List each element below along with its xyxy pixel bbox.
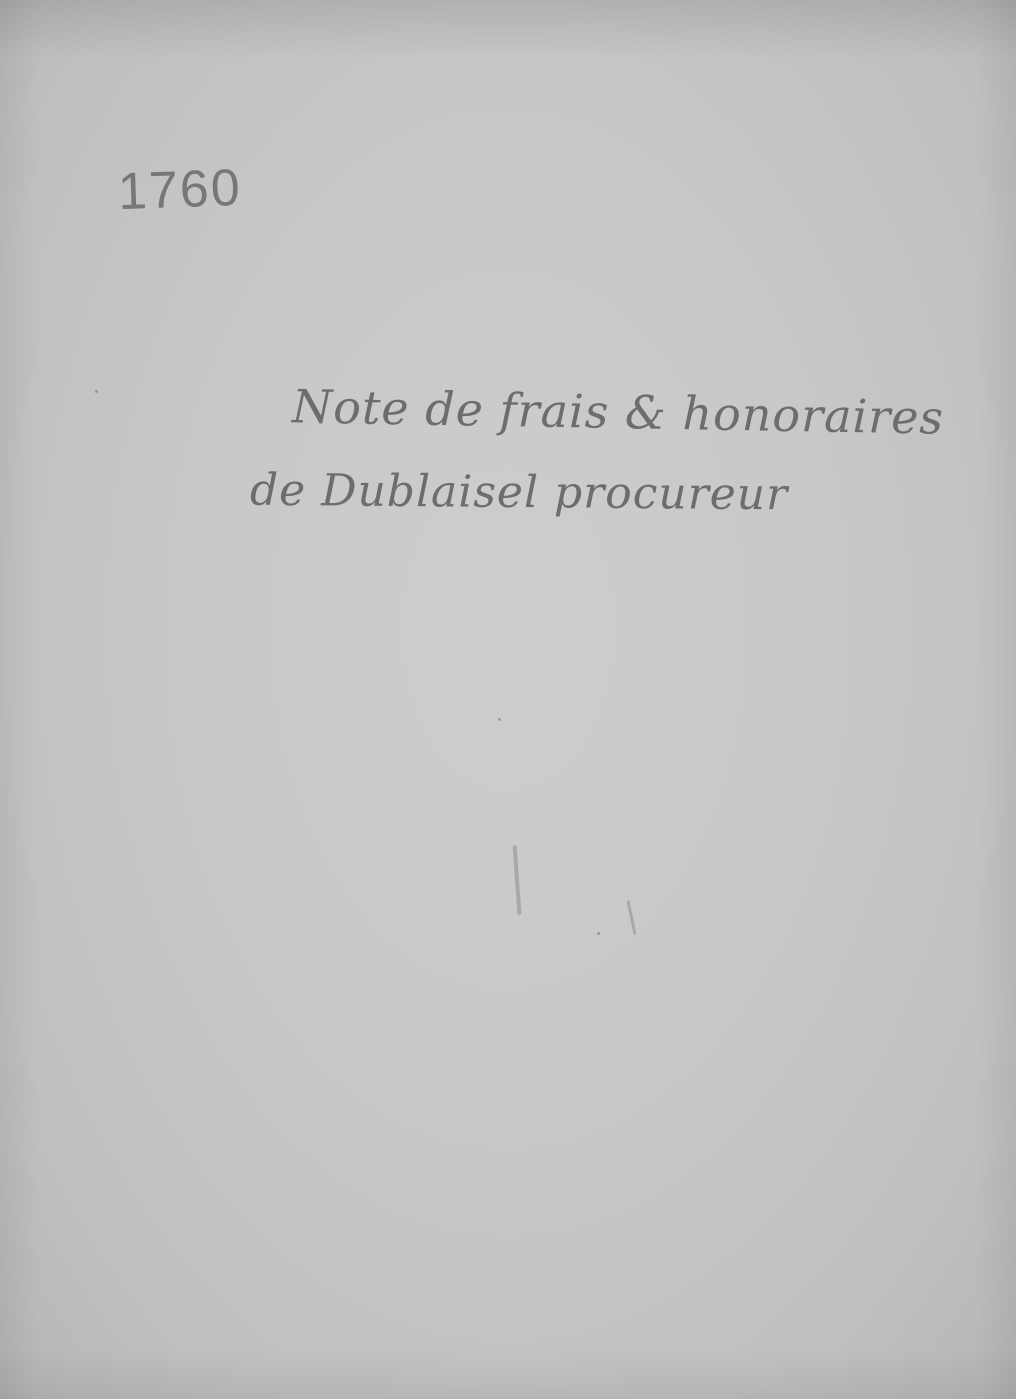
paper-speck — [498, 718, 501, 721]
paper-speck — [597, 932, 600, 935]
handwritten-title-line-1: Note de frais & honoraires — [292, 379, 945, 444]
paper-stain-mark — [513, 845, 522, 915]
paper-speck — [95, 390, 98, 393]
handwritten-title-line-2: de Dublaisel procureur — [250, 465, 789, 521]
handwritten-year: 1760 — [117, 158, 243, 222]
paper-stain-mark — [626, 900, 636, 935]
scanned-page: 1760 Note de frais & honoraires de Dubla… — [0, 0, 1016, 1399]
